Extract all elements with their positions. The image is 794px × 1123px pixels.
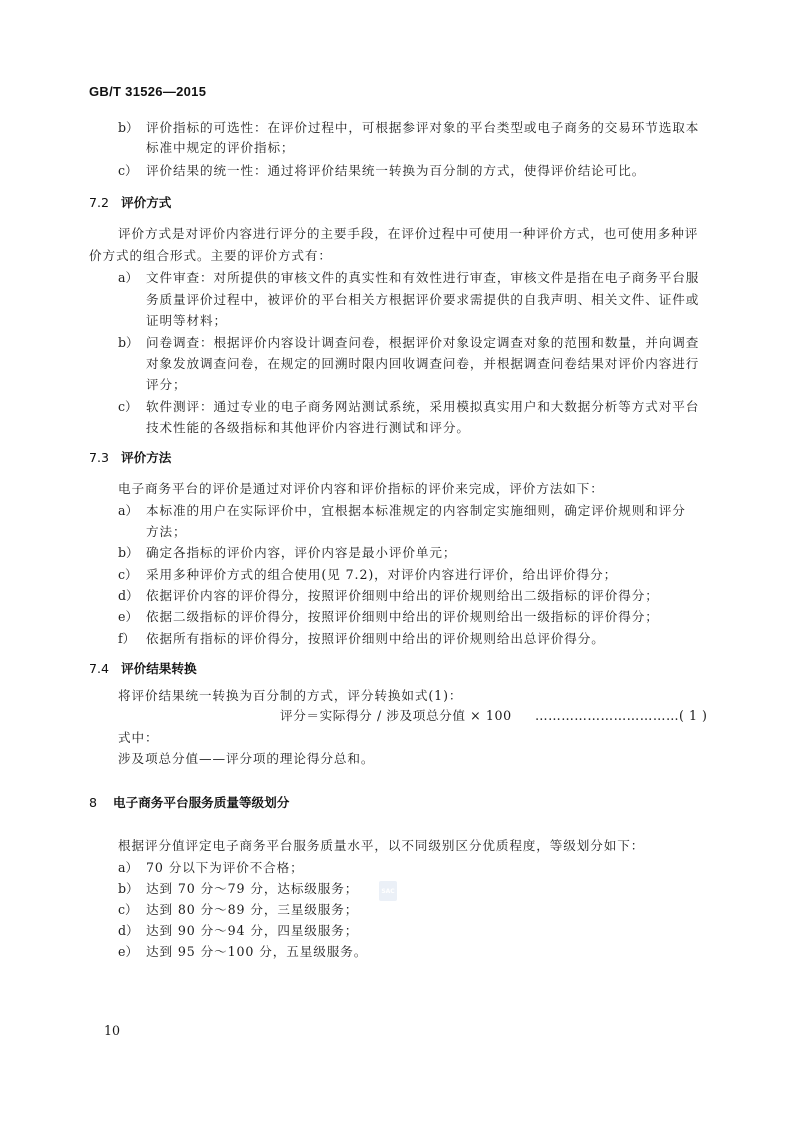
document-page: GB/T 31526—2015 b） 评价指标的可选性：在评价过程中，可根据参评… [0, 0, 794, 1123]
list-item-text: 采用多种评价方式的组合使用(见 7.2)，对评价内容进行评价，给出评价得分； [146, 567, 617, 583]
formula-number: ……………………………( 1 ) [535, 708, 707, 724]
list-label: e） [118, 609, 138, 625]
section-heading-7-4: 7.4评价结果转换 [89, 661, 197, 677]
section-title: 电子商务平台服务质量等级划分 [113, 795, 289, 810]
list-label: a） [118, 270, 138, 286]
list-item-text: 对象发放调查问卷，在规定的回溯时限内回收调查问卷，并根据调查问卷结果对评价内容进… [146, 356, 699, 372]
paragraph-line: 根据评分值评定电子商务平台服务质量水平，以不同级别区分优质程度，等级划分如下： [118, 838, 644, 854]
list-item-text: 达到 90 分～94 分，四星级服务； [146, 923, 358, 939]
list-label: e） [118, 944, 138, 960]
section-title: 评价结果转换 [121, 661, 197, 676]
section-number: 7.3 [89, 450, 121, 466]
list-label: d） [118, 923, 139, 939]
list-label: c） [118, 163, 138, 179]
list-item-text: 达到 95 分～100 分，五星级服务。 [146, 944, 367, 960]
list-item-text: 务质量评价过程中，被评价的平台相关方根据评价要求需提供的自我声明、相关文件、证件… [146, 292, 699, 308]
list-item-text: 本标准的用户在实际评价中，宜根据本标准规定的内容制定实施细则，确定评价规则和评分 [146, 503, 686, 519]
list-item-text: 技术性能的各级指标和其他评价内容进行测试和评分。 [146, 420, 470, 436]
paragraph-line: 价方式的组合形式。主要的评价方式有： [89, 248, 332, 264]
list-label: c） [118, 567, 138, 583]
list-item-text: 方法； [146, 524, 186, 540]
formula: 评分＝实际得分 / 涉及项总分值 × 100 [280, 708, 512, 724]
list-item-text: 评分； [146, 377, 186, 393]
list-item-text: 评价指标的可选性：在评价过程中，可根据参评对象的平台类型或电子商务的交易环节选取… [146, 120, 699, 136]
section-heading-7-3: 7.3评价方法 [89, 450, 171, 466]
list-item-text: 问卷调查：根据评价内容设计调查问卷，根据评价对象设定调查对象的范围和数量，并向调… [146, 335, 699, 351]
section-number: 7.4 [89, 661, 121, 677]
list-item-text: 软件测评：通过专业的电子商务网站测试系统，采用模拟真实用户和大数据分析等方式对平… [146, 399, 699, 415]
list-label: b） [118, 881, 139, 897]
section-title: 评价方法 [121, 450, 171, 465]
paragraph-line: 式中： [118, 730, 158, 746]
list-item-text: 评价结果的统一性：通过将评价结果统一转换为百分制的方式，使得评价结论可比。 [146, 163, 645, 179]
list-label: d） [118, 588, 139, 604]
paragraph-line: 电子商务平台的评价是通过对评价内容和评价指标的评价来完成，评价方法如下： [118, 481, 604, 497]
paragraph-line: 将评价结果统一转换为百分制的方式，评分转换如式(1)： [118, 688, 462, 704]
paragraph-line: 评价方式是对评价内容进行评分的主要手段，在评价过程中可使用一种评价方式，也可使用… [118, 226, 698, 242]
list-label: a） [118, 503, 138, 519]
definition-line: 涉及项总分值——评分项的理论得分总和。 [118, 751, 374, 767]
list-item-text: 文件审查：对所提供的审核文件的真实性和有效性进行审查，审核文件是指在电子商务平台… [146, 270, 699, 286]
section-heading-8: 8电子商务平台服务质量等级划分 [89, 795, 289, 811]
list-label: a） [118, 860, 138, 876]
list-item-text: 达到 80 分～89 分，三星级服务； [146, 902, 358, 918]
standard-id-header: GB/T 31526—2015 [89, 84, 206, 99]
page-number: 10 [104, 1023, 120, 1038]
list-label: f） [118, 631, 135, 647]
list-label: b） [118, 120, 139, 136]
list-label: c） [118, 902, 138, 918]
section-title: 评价方式 [121, 195, 171, 210]
watermark-logo-icon: SAC [379, 881, 397, 901]
list-item-text: 确定各指标的评价内容，评价内容是最小评价单元； [146, 545, 456, 561]
list-item-text: 70 分以下为评价不合格； [146, 860, 304, 876]
section-heading-7-2: 7.2评价方式 [89, 195, 171, 211]
list-item-text: 证明等材料； [146, 313, 227, 329]
list-item-text: 依据二级指标的评价得分，按照评价细则中给出的评价规则给出一级指标的评价得分； [146, 609, 659, 625]
section-number: 7.2 [89, 195, 121, 211]
list-item-text: 标准中规定的评价指标； [146, 140, 294, 156]
list-item-text: 依据所有指标的评价得分，按照评价细则中给出的评价规则给出总评价得分。 [146, 631, 605, 647]
list-label: c） [118, 399, 138, 415]
list-item-text: 达到 70 分～79 分，达标级服务； [146, 881, 358, 897]
list-item-text: 依据评价内容的评价得分，按照评价细则中给出的评价规则给出二级指标的评价得分； [146, 588, 659, 604]
list-label: b） [118, 545, 139, 561]
list-label: b） [118, 335, 139, 351]
section-number: 8 [89, 795, 113, 811]
